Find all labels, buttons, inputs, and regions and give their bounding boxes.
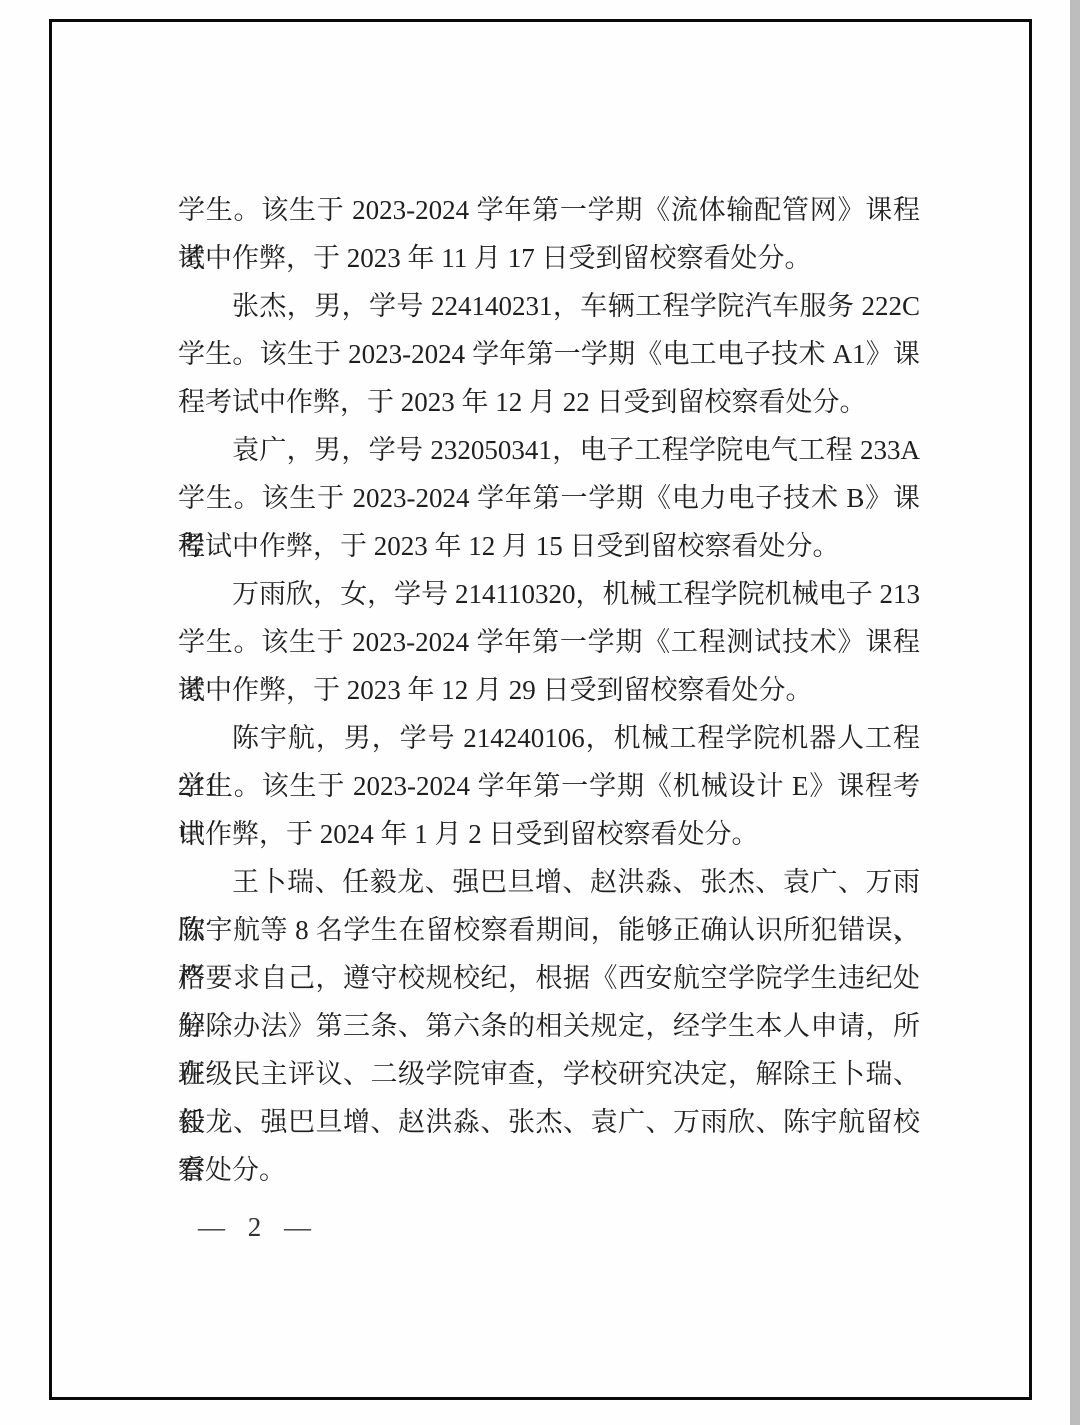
page-border-frame: 学生。该生于 2023-2024 学年第一学期《流体输配管网》课程考 试中作弊，… [49,19,1032,1400]
text-line: 学生。该生于 2023-2024 学年第一学期《机械设计 E》课程考试 [178,762,920,810]
text-line: 考试中作弊，于 2023 年 12 月 15 日受到留校察看处分。 [178,522,920,570]
text-line: 学生。该生于 2023-2024 学年第一学期《电工电子技术 A1》课 [178,330,920,378]
text-line: 袁广，男，学号 232050341，电子工程学院电气工程 233A [178,426,920,474]
text-line: 程考试中作弊，于 2023 年 12 月 22 日受到留校察看处分。 [178,378,920,426]
text-line: 学生。该生于 2023-2024 学年第一学期《流体输配管网》课程考 [178,186,920,234]
text-line: 学生。该生于 2023-2024 学年第一学期《工程测试技术》课程考 [178,618,920,666]
text-line: 看处分。 [178,1146,920,1194]
text-line: 中作弊，于 2024 年 1 月 2 日受到留校察看处分。 [178,810,920,858]
text-line: 班级民主评议、二级学院审查，学校研究决定，解除王卜瑞、任 [178,1050,920,1098]
document-body: 学生。该生于 2023-2024 学年第一学期《流体输配管网》课程考 试中作弊，… [178,186,920,1194]
text-line: 试中作弊，于 2023 年 11 月 17 日受到留校察看处分。 [178,234,920,282]
text-line: 张杰，男，学号 224140231，车辆工程学院汽车服务 222C [178,282,920,330]
text-line: 解除办法》第三条、第六条的相关规定，经学生本人申请，所在 [178,1002,920,1050]
text-line: 陈宇航等 8 名学生在留校察看期间，能够正确认识所犯错误，严 [178,906,920,954]
document-viewer: 学生。该生于 2023-2024 学年第一学期《流体输配管网》课程考 试中作弊，… [0,0,1080,1425]
scrollbar-track[interactable] [1070,0,1080,1425]
text-line: 万雨欣，女，学号 214110320，机械工程学院机械电子 213 [178,570,920,618]
text-line: 试中作弊，于 2023 年 12 月 29 日受到留校察看处分。 [178,666,920,714]
page-number: — 2 — [198,1212,312,1243]
text-line: 格要求自己，遵守校规校纪，根据《西安航空学院学生违纪处分 [178,954,920,1002]
text-line: 学生。该生于 2023-2024 学年第一学期《电力电子技术 B》课程 [178,474,920,522]
text-line: 毅龙、强巴旦增、赵洪淼、张杰、袁广、万雨欣、陈宇航留校察 [178,1098,920,1146]
text-line: 陈宇航，男，学号 214240106，机械工程学院机器人工程 211 [178,714,920,762]
text-line: 王卜瑞、任毅龙、强巴旦增、赵洪淼、张杰、袁广、万雨欣、 [178,858,920,906]
